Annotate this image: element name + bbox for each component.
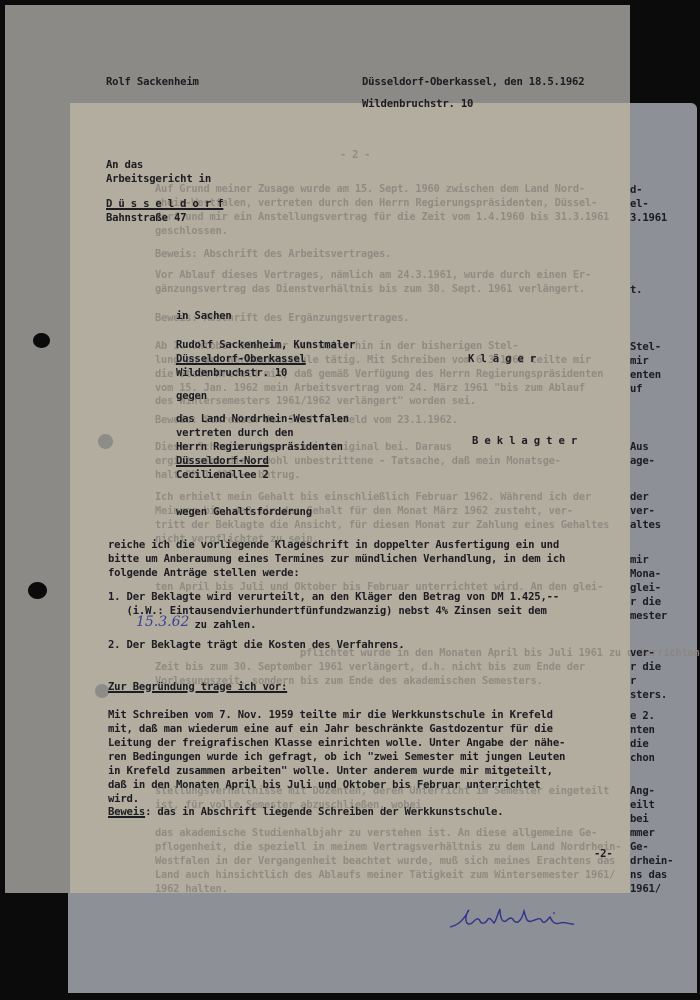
signature <box>448 903 578 933</box>
punch-hole-shadow <box>98 434 113 449</box>
intro-line: folgende Anträge stellen werde: <box>108 566 300 580</box>
intro-line: bitte um Anberaumung eines Termines zur … <box>108 552 565 566</box>
claim-2: 2. Der Beklagte trägt die Kosten des Ver… <box>108 638 405 652</box>
defendant-line2: vertreten durch den <box>176 426 293 440</box>
plaintiff-name: Rudolf Sackenheim, Kunstmaler <box>176 338 355 352</box>
claim-1-line: 1. Der Beklagte wird verurteilt, an den … <box>108 590 559 604</box>
defendant-line3: Herrn Regierungspräsidenten <box>176 440 343 454</box>
page-two-footer-marker: -2- <box>594 847 613 861</box>
defendant-street: Cecilienallee 2 <box>176 468 269 482</box>
punch-hole-top <box>33 333 50 348</box>
place-date: Düsseldorf-Oberkassel, den 18.5.1962 <box>362 75 584 89</box>
plaintiff-street: Wildenbruchstr. 10 <box>176 366 287 380</box>
defendant-line1: das Land Nordrhein-Westfalen <box>176 412 349 426</box>
punch-hole-shadow-2 <box>95 684 109 698</box>
punch-hole-bottom <box>28 582 47 599</box>
defendant-role: B e k l a g t e r <box>472 434 577 448</box>
plaintiff-city: Düsseldorf-Oberkassel <box>176 352 306 366</box>
evidence-line: Beweis: das in Abschrift liegende Schrei… <box>108 805 503 819</box>
sender-street: Wildenbruchstr. 10 <box>362 97 473 111</box>
evidence-text: : das in Abschrift liegende Schreiben de… <box>145 806 503 818</box>
addressee-street: Bahnstraße 47 <box>106 211 186 225</box>
reasoning-heading: Zur Begründung trage ich vor: <box>108 680 287 694</box>
sender-name: Rolf Sackenheim <box>106 75 199 89</box>
page-two-marker: - 2 - <box>340 148 370 162</box>
addressee-city: D ü s s e l d o r f <box>106 197 223 211</box>
case-subject: wegen Gehaltsforderung <box>176 505 312 519</box>
addressee-line1: An das <box>106 158 143 172</box>
handwritten-date: 15.3.62 <box>136 614 189 630</box>
intro-line: reiche ich die vorliegende Klageschrift … <box>108 538 559 552</box>
in-sachen: in Sachen <box>176 309 232 323</box>
gegen: gegen <box>176 389 207 403</box>
defendant-city: Düsseldorf-Nord <box>176 454 269 468</box>
evidence-label: Beweis <box>108 806 145 818</box>
addressee-line2: Arbeitsgericht in <box>106 172 211 186</box>
plaintiff-role: K l ä g e r <box>468 352 536 366</box>
